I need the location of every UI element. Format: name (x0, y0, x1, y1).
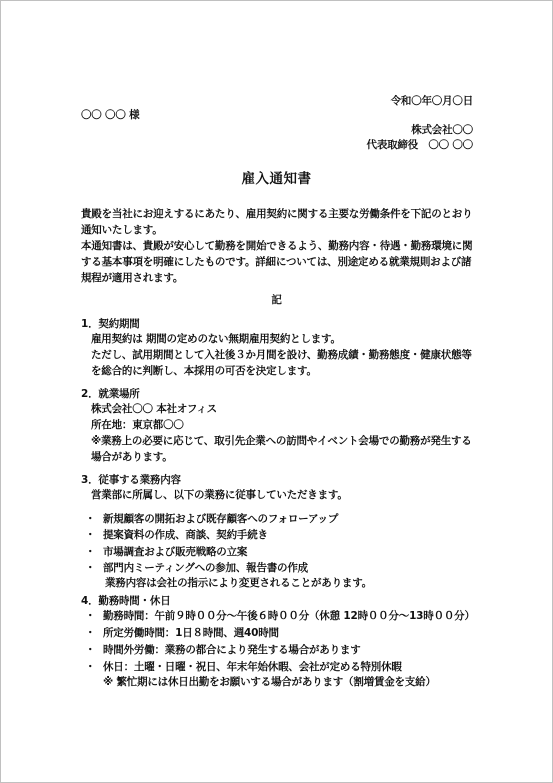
section-line: 所在地：東京都〇〇 (91, 417, 184, 434)
bullet-icon: ・ (85, 659, 103, 676)
intro-line: 貴殿を当社にお迎えするにあたり、雇用契約に関する主要な労働条件を下記のとおり (81, 206, 472, 223)
section-line: ただし、試用期間として入社後３か月間を設け、勤務成績・勤務態度・健康状態等 (91, 347, 472, 364)
ki-heading: 記 (1, 292, 552, 309)
bullet-icon: ・ (85, 608, 103, 625)
intro-line: 規程が適用されます。 (81, 270, 183, 287)
section-line: を総合的に判断し、本採用の可否を決定します。 (91, 363, 317, 380)
bullet-item: ・市場調査および販売戦略の立案 (85, 544, 247, 561)
document-page: 令和〇年〇月〇日 〇〇 〇〇 様 株式会社〇〇 代表取締役 〇〇 〇〇 雇入通知… (0, 0, 553, 783)
bullet-item: ・提案資料の作成、商談、契約手続き (85, 527, 268, 544)
bullet-item: ・新規顧客の開拓および既存顧客へのフォローアップ (85, 511, 338, 528)
bullet-icon: ・ (85, 544, 103, 561)
bullet-item: ・勤務時間：午前９時００分～午後６時００分（休憩 12時００分～13時００分） (85, 608, 475, 625)
intro-line: する基本事項を明確にしたものです。詳細については、別途定める就業規則および諸 (81, 254, 471, 271)
representative-name: 代表取締役 〇〇 〇〇 (367, 137, 473, 154)
section-line: 株式会社〇〇 本社オフィス (91, 401, 217, 418)
section-line: 雇用契約は 期間の定めのない無期雇用契約とします。 (91, 331, 341, 348)
bullet-item: ・時間外労働：業務の都合により発生する場合があります (85, 642, 361, 659)
recipient-name: 〇〇 〇〇 様 (81, 107, 139, 124)
bullet-icon: ・ (85, 511, 103, 528)
section-line: 場合があります。 (91, 449, 173, 466)
bullet-icon: ・ (85, 527, 103, 544)
intro-line: 通知いたします。 (81, 222, 163, 239)
issue-date: 令和〇年〇月〇日 (391, 93, 473, 110)
section-note: ※ 繁忙期には休日出勤をお願いする場合があります（割増賃金を支給） (103, 674, 436, 691)
section-line: 営業部に所属し、以下の業務に従事していただきます。 (91, 487, 348, 504)
document-title: 雇入通知書 (1, 171, 552, 188)
bullet-item: ・所定労働時間：1日８時間、週40時間 (85, 625, 279, 642)
bullet-icon: ・ (85, 560, 103, 577)
section-line: ※業務上の必要に応じて、取引先企業への訪問やイベント会場での勤務が発生する (91, 433, 472, 450)
bullet-icon: ・ (85, 642, 103, 659)
section-note: 業務内容は会社の指示により変更されることがあります。 (105, 575, 372, 592)
intro-line: 本通知書は、貴殿が安心して勤務を開始できるよう、勤務内容・待遇・勤務環境に関 (81, 238, 472, 255)
bullet-icon: ・ (85, 625, 103, 642)
